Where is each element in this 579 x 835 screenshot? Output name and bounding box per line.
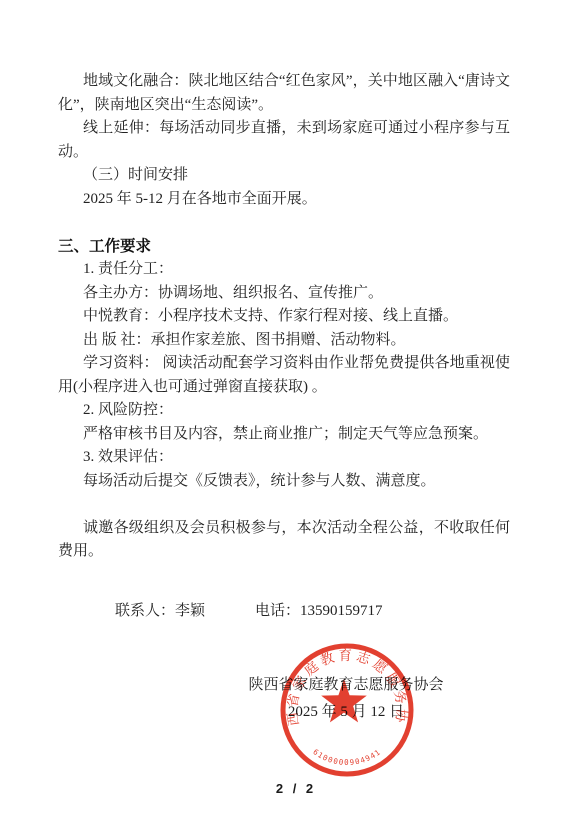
blank-gap [58,564,510,600]
paragraph-zhongyue-education: 中悦教育：小程序技术支持、作家行程对接、线上直播。 [58,305,510,329]
paragraph-organizers: 各主办方：协调场地、组织报名、宣传推广。 [58,282,510,306]
paragraph-regional-culture: 地域文化融合：陕北地区结合“红色家风”，关中地区融入“唐诗文化”，陕南地区突出“… [58,70,510,117]
document-page: 地域文化融合：陕北地区结合“红色家风”，关中地区融入“唐诗文化”，陕南地区突出“… [0,0,579,835]
paragraph-online-extension: 线上延伸：每场活动同步直播，未到场家庭可通过小程序参与互动。 [58,117,510,164]
subsection-heading-time: （三）时间安排 [58,164,510,188]
paragraph-risk-measures: 严格审核书目及内容，禁止商业推广；制定天气等应急预案。 [58,423,510,447]
blank-line [58,493,510,517]
list-item-risk-control: 2. 风险防控： [58,399,510,423]
signature-block: 陕西省家庭教育志愿服务协会 2025 年 5 月 12 日 [248,672,443,726]
paragraph-learning-materials: 学习资料： 阅读活动配套学习资料由作业帮免费提供各地重视使用(小程序进入也可通过… [58,352,510,399]
page-number: 2 / 2 [276,781,316,796]
section-heading-work-requirements: 三、工作要求 [58,235,510,259]
paragraph-invitation: 诚邀各级组织及会员积极参与，本次活动全程公益，不收取任何费用。 [58,517,510,564]
document-body: 地域文化融合：陕北地区结合“红色家风”，关中地区融入“唐诗文化”，陕南地区突出“… [58,70,510,623]
paragraph-publisher: 出 版 社：承担作家差旅、图书捐赠、活动物料。 [58,329,510,353]
blank-line [58,211,510,235]
paragraph-feedback: 每场活动后提交《反馈表》，统计参与人数、满意度。 [58,470,510,494]
list-item-effect-evaluation: 3. 效果评估： [58,446,510,470]
list-item-responsibility: 1. 责任分工： [58,258,510,282]
contact-line: 联系人：李颖电话：13590159717 [58,600,510,624]
paragraph-schedule: 2025 年 5-12 月在各地市全面开展。 [58,188,510,212]
contact-phone: 电话：13590159717 [255,600,383,624]
seal-number-text: 6100000904941 [311,747,382,767]
signature-organization: 陕西省家庭教育志愿服务协会 [248,672,443,699]
signature-date: 2025 年 5 月 12 日 [248,699,443,726]
contact-person: 联系人：李颖 [115,600,205,624]
